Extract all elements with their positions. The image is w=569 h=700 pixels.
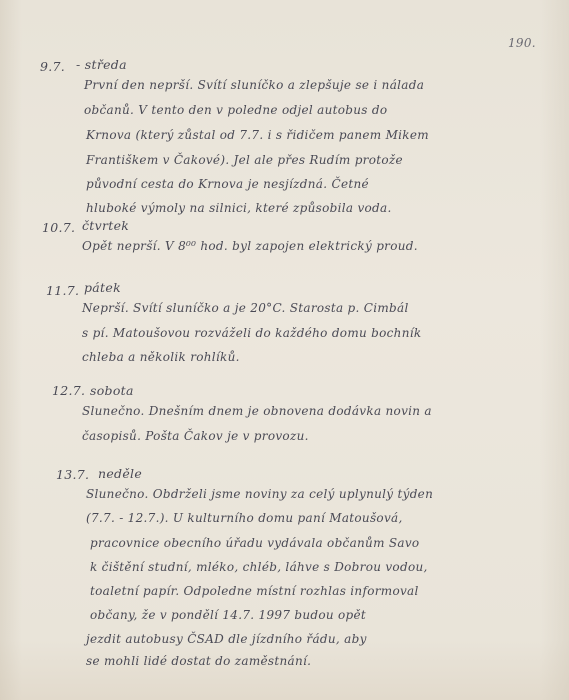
entry-line: se mohli lidé dostat do zaměstnání.: [86, 655, 311, 667]
entry-line: První den neprší. Svítí sluníčko a zlepš…: [84, 79, 424, 91]
entry-line: hluboké výmoly na silnici, které způsobi…: [86, 202, 392, 214]
entry-line: chleba a několik rohlíků.: [82, 351, 240, 363]
entry-line: původní cesta do Krnova je nesjízdná. Če…: [86, 178, 369, 190]
entry-line: časopisů. Pošta Čakov je v provozu.: [82, 430, 309, 442]
entry-weekday: čtvrtek: [82, 220, 129, 233]
entry-line: pracovnice obecního úřadu vydávala občan…: [90, 537, 419, 549]
entry-weekday: - středa: [76, 59, 127, 72]
entry-line: s pí. Matoušovou rozváželi do každého do…: [82, 327, 421, 339]
entry-line: občany, že v pondělí 14.7. 1997 budou op…: [90, 609, 366, 621]
entry-date: 12.7.: [52, 385, 85, 398]
entry-line: Krnova (který zůstal od 7.7. i s řidičem…: [86, 129, 429, 141]
entry-weekday: sobota: [90, 385, 134, 398]
entry-line: Františkem v Čakové). Jel ale přes Rudím…: [86, 154, 403, 166]
entry-weekday: neděle: [98, 468, 142, 481]
handwritten-chronicle-page: 190. 9.7. - středa První den neprší. Sví…: [0, 0, 569, 700]
page-number: 190.: [508, 37, 536, 49]
entry-weekday: pátek: [84, 282, 121, 295]
entry-line: občanů. V tento den v poledne odjel auto…: [84, 104, 387, 116]
entry-date: 9.7.: [40, 61, 65, 74]
entry-line: toaletní papír. Odpoledne místní rozhlas…: [90, 585, 419, 597]
entry-line: (7.7. - 12.7.). U kulturního domu paní M…: [86, 512, 403, 524]
entry-date: 13.7.: [56, 469, 89, 482]
entry-date: 10.7.: [42, 222, 75, 235]
entry-date: 11.7.: [46, 285, 79, 298]
entry-line: jezdit autobusy ČSAD dle jízdního řádu, …: [86, 633, 367, 645]
entry-line: Slunečno. Obdrželi jsme noviny za celý u…: [86, 488, 433, 500]
entry-line: Opět neprší. V 8⁰⁰ hod. byl zapojen elek…: [82, 240, 418, 252]
entry-line: Slunečno. Dnešním dnem je obnovena dodáv…: [82, 405, 432, 417]
entry-line: Neprší. Svítí sluníčko a je 20°C. Staros…: [82, 302, 409, 314]
entry-line: k čištění studní, mléko, chléb, láhve s …: [90, 561, 428, 573]
